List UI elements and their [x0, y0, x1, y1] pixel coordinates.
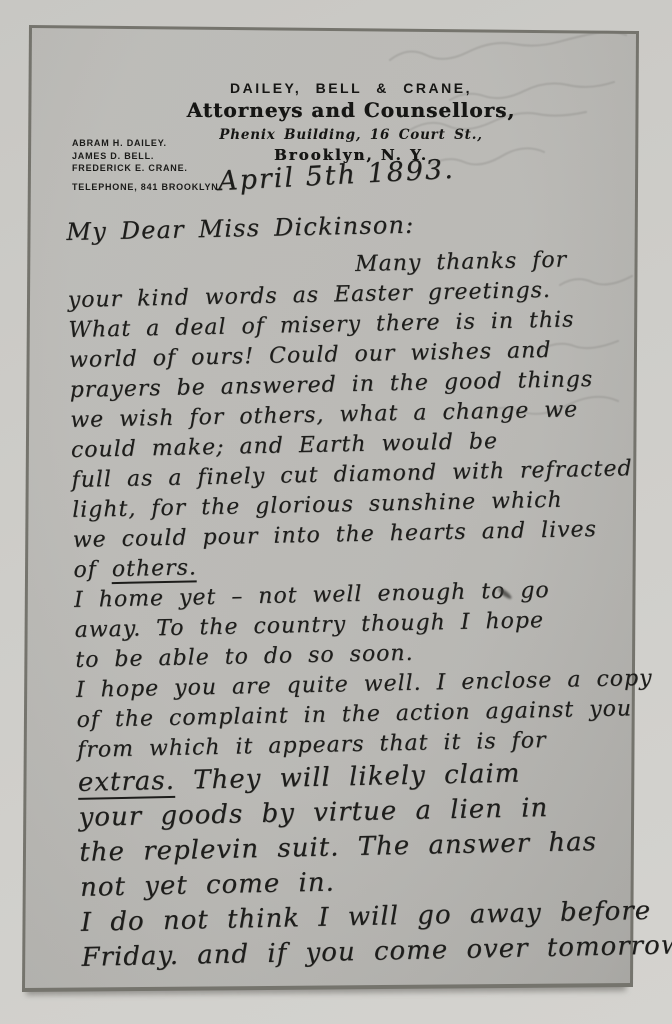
line-text: of [73, 557, 112, 583]
partner-name: ABRAM H. DAILEY. [72, 137, 222, 150]
firm-name: DAILEY, BELL & CRANE, [30, 80, 672, 96]
partners-list: ABRAM H. DAILEY.JAMES D. BELL.FREDERICK … [72, 137, 222, 175]
partner-name: JAMES D. BELL. [72, 150, 222, 163]
line-text: Many thanks for [355, 248, 568, 277]
letter-body-lines: Many thanks foryour kind words as Easter… [67, 244, 672, 976]
line-text: to be able to do so soon. [75, 641, 414, 673]
scanned-letter-photo: { "colors": { "background": "#cecdc9", "… [0, 0, 672, 1024]
underlined-word: others. [112, 555, 198, 584]
telephone-line: TELEPHONE, 841 BROOKLYN. [72, 181, 222, 194]
line-text: not yet come in. [80, 868, 335, 903]
partners-block: ABRAM H. DAILEY.JAMES D. BELL.FREDERICK … [72, 137, 222, 193]
partner-name: FREDERICK E. CRANE. [72, 162, 222, 175]
firm-profession: Attorneys and Counsellors, [30, 98, 672, 122]
underlined-word: extras. [78, 766, 176, 800]
letter-body: My Dear Miss Dickinson: Many thanks fory… [66, 202, 672, 976]
line-text: They will likely claim [175, 759, 521, 796]
